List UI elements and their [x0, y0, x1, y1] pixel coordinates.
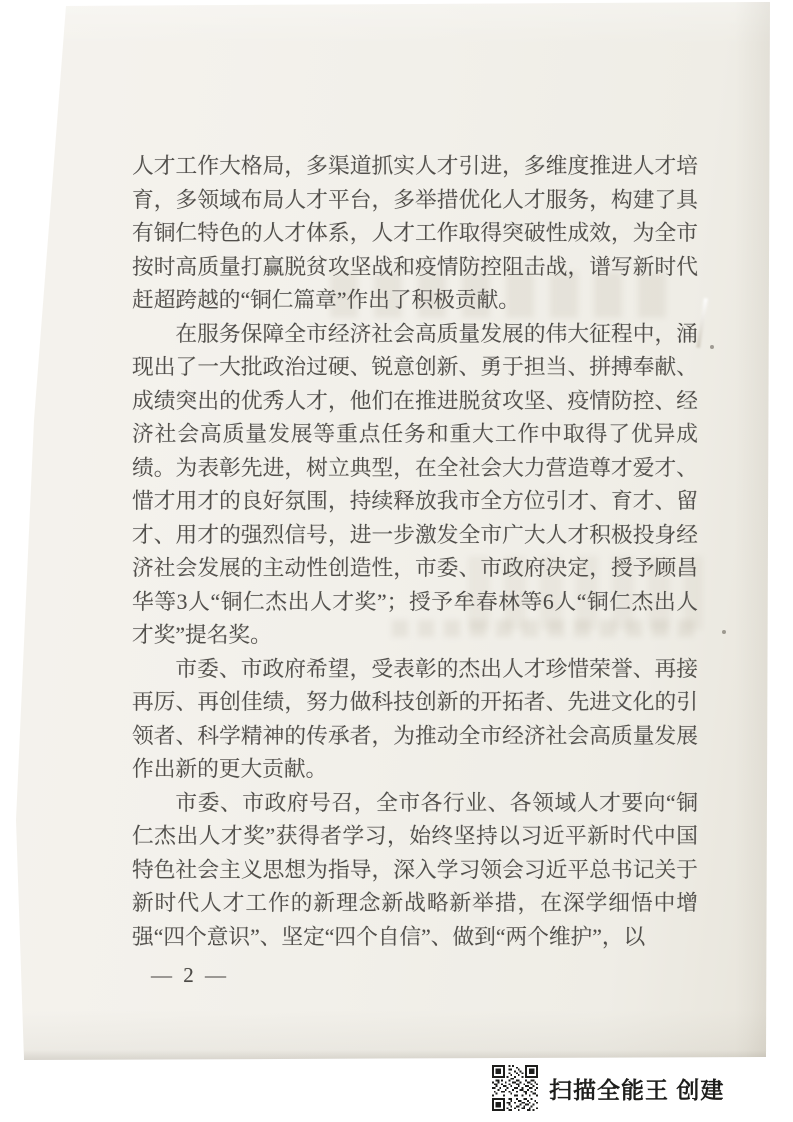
scan-speck-artifact: [722, 630, 726, 634]
paragraph: 市委、市政府希望，受表彰的杰出人才珍惜荣誉、再接再厉、再创佳绩，努力做科技创新的…: [132, 653, 698, 787]
watermark-label: 扫描全能王 创建: [549, 1072, 724, 1105]
paragraph: 在服务保障全市经济社会高质量发展的伟大征程中，涌现出了一大批政治过硬、锐意创新、…: [132, 318, 698, 653]
scanned-document-canvas: 人才工作大格局，多渠道抓实人才引进，多维度推进人才培育，多领域布局人才平台，多举…: [0, 0, 793, 1122]
paragraph: 市委、市政府号召，全市各行业、各领域人才要向“铜仁杰出人才奖”获得者学习，始终坚…: [132, 787, 698, 955]
camscanner-watermark: 扫描全能王 创建: [492, 1064, 724, 1112]
qr-code-icon: [492, 1065, 538, 1111]
paper-edge-shading: [24, 1050, 770, 1064]
paper-edge-shading: [735, 0, 775, 1060]
paragraph: 人才工作大格局，多渠道抓实人才引进，多维度推进人才培育，多领域布局人才平台，多举…: [132, 150, 698, 318]
scan-speck-artifact: [710, 345, 714, 349]
page-number: — 2 —: [151, 963, 229, 988]
document-body: 人才工作大格局，多渠道抓实人才引进，多维度推进人才培育，多领域布局人才平台，多举…: [132, 150, 698, 954]
document-page: 人才工作大格局，多渠道抓实人才引进，多维度推进人才培育，多领域布局人才平台，多举…: [0, 0, 793, 1122]
